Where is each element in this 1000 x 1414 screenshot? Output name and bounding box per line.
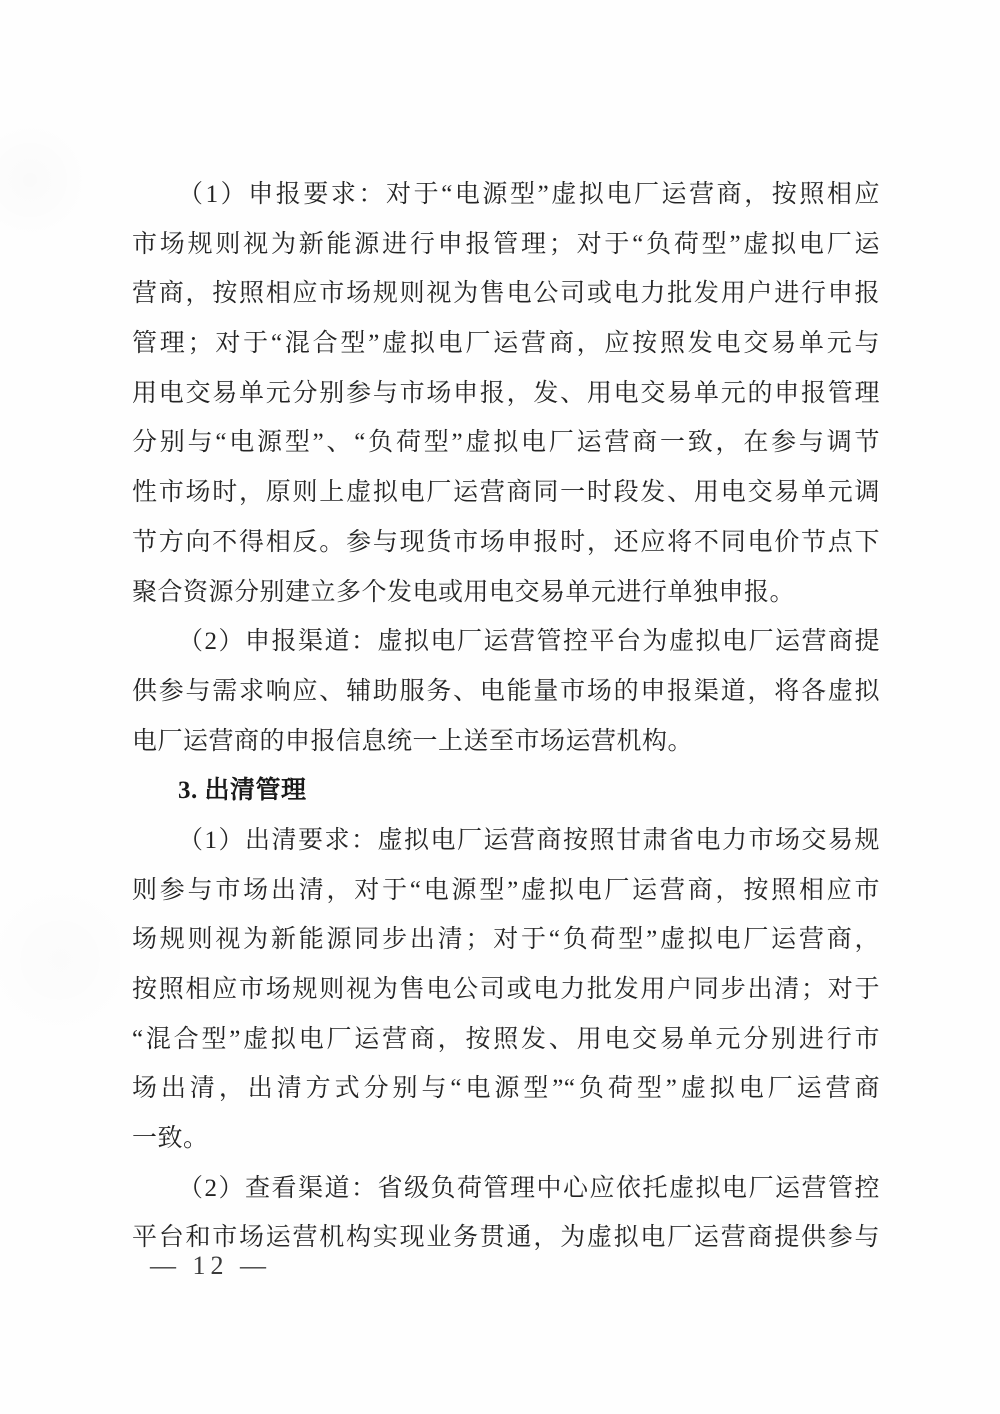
paragraph-declaration-requirements: （1）申报要求：对于“电源型”虚拟电厂运营商，按照相应 市场规则视为新能源进行申…: [132, 170, 880, 617]
text-line: 一致。: [132, 1114, 880, 1164]
text-line: 管理；对于“混合型”虚拟电厂运营商，应按照发电交易单元与: [132, 319, 880, 369]
document-body: （1）申报要求：对于“电源型”虚拟电厂运营商，按照相应 市场规则视为新能源进行申…: [132, 170, 880, 1263]
text-line: 按照相应市场规则视为售电公司或电力批发用户同步出清；对于: [132, 965, 880, 1015]
text-line: （1）出清要求：虚拟电厂运营商按照甘肃省电力市场交易规: [132, 816, 880, 866]
text-line: （2）申报渠道：虚拟电厂运营管控平台为虚拟电厂运营商提: [132, 617, 880, 667]
paragraph-declaration-channel: （2）申报渠道：虚拟电厂运营管控平台为虚拟电厂运营商提 供参与需求响应、辅助服务…: [132, 617, 880, 766]
section-heading-text: 3. 出清管理: [132, 766, 880, 816]
document-page: （1）申报要求：对于“电源型”虚拟电厂运营商，按照相应 市场规则视为新能源进行申…: [0, 0, 1000, 1414]
text-line: 聚合资源分别建立多个发电或用电交易单元进行单独申报。: [132, 568, 880, 618]
text-line: 场规则视为新能源同步出清；对于“负荷型”虚拟电厂运营商，: [132, 915, 880, 965]
text-line: 节方向不得相反。参与现货市场申报时，还应将不同电价节点下: [132, 518, 880, 568]
text-line: 性市场时，原则上虚拟电厂运营商同一时段发、用电交易单元调: [132, 468, 880, 518]
section-heading-clearing-management: 3. 出清管理: [132, 766, 880, 816]
text-line: 市场规则视为新能源进行申报管理；对于“负荷型”虚拟电厂运: [132, 220, 880, 270]
text-line: 场出清，出清方式分别与“电源型”“负荷型”虚拟电厂运营商: [132, 1064, 880, 1114]
text-line: 分别与“电源型”、“负荷型”虚拟电厂运营商一致，在参与调节: [132, 418, 880, 468]
text-line: “混合型”虚拟电厂运营商，按照发、用电交易单元分别进行市: [132, 1015, 880, 1065]
text-line: （1）申报要求：对于“电源型”虚拟电厂运营商，按照相应: [132, 170, 880, 220]
text-line: 供参与需求响应、辅助服务、电能量市场的申报渠道，将各虚拟: [132, 667, 880, 717]
text-line: （2）查看渠道：省级负荷管理中心应依托虚拟电厂运营管控: [132, 1164, 880, 1214]
text-line: 用电交易单元分别参与市场申报，发、用电交易单元的申报管理: [132, 369, 880, 419]
text-line: 营商，按照相应市场规则视为售电公司或电力批发用户进行申报: [132, 269, 880, 319]
text-line: 则参与市场出清，对于“电源型”虚拟电厂运营商，按照相应市: [132, 866, 880, 916]
page-footer: — 12 —: [150, 1246, 271, 1286]
text-line: 电厂运营商的申报信息统一上送至市场运营机构。: [132, 717, 880, 767]
paragraph-clearing-requirements: （1）出清要求：虚拟电厂运营商按照甘肃省电力市场交易规 则参与市场出清，对于“电…: [132, 816, 880, 1164]
page-number: — 12 —: [150, 1251, 271, 1280]
